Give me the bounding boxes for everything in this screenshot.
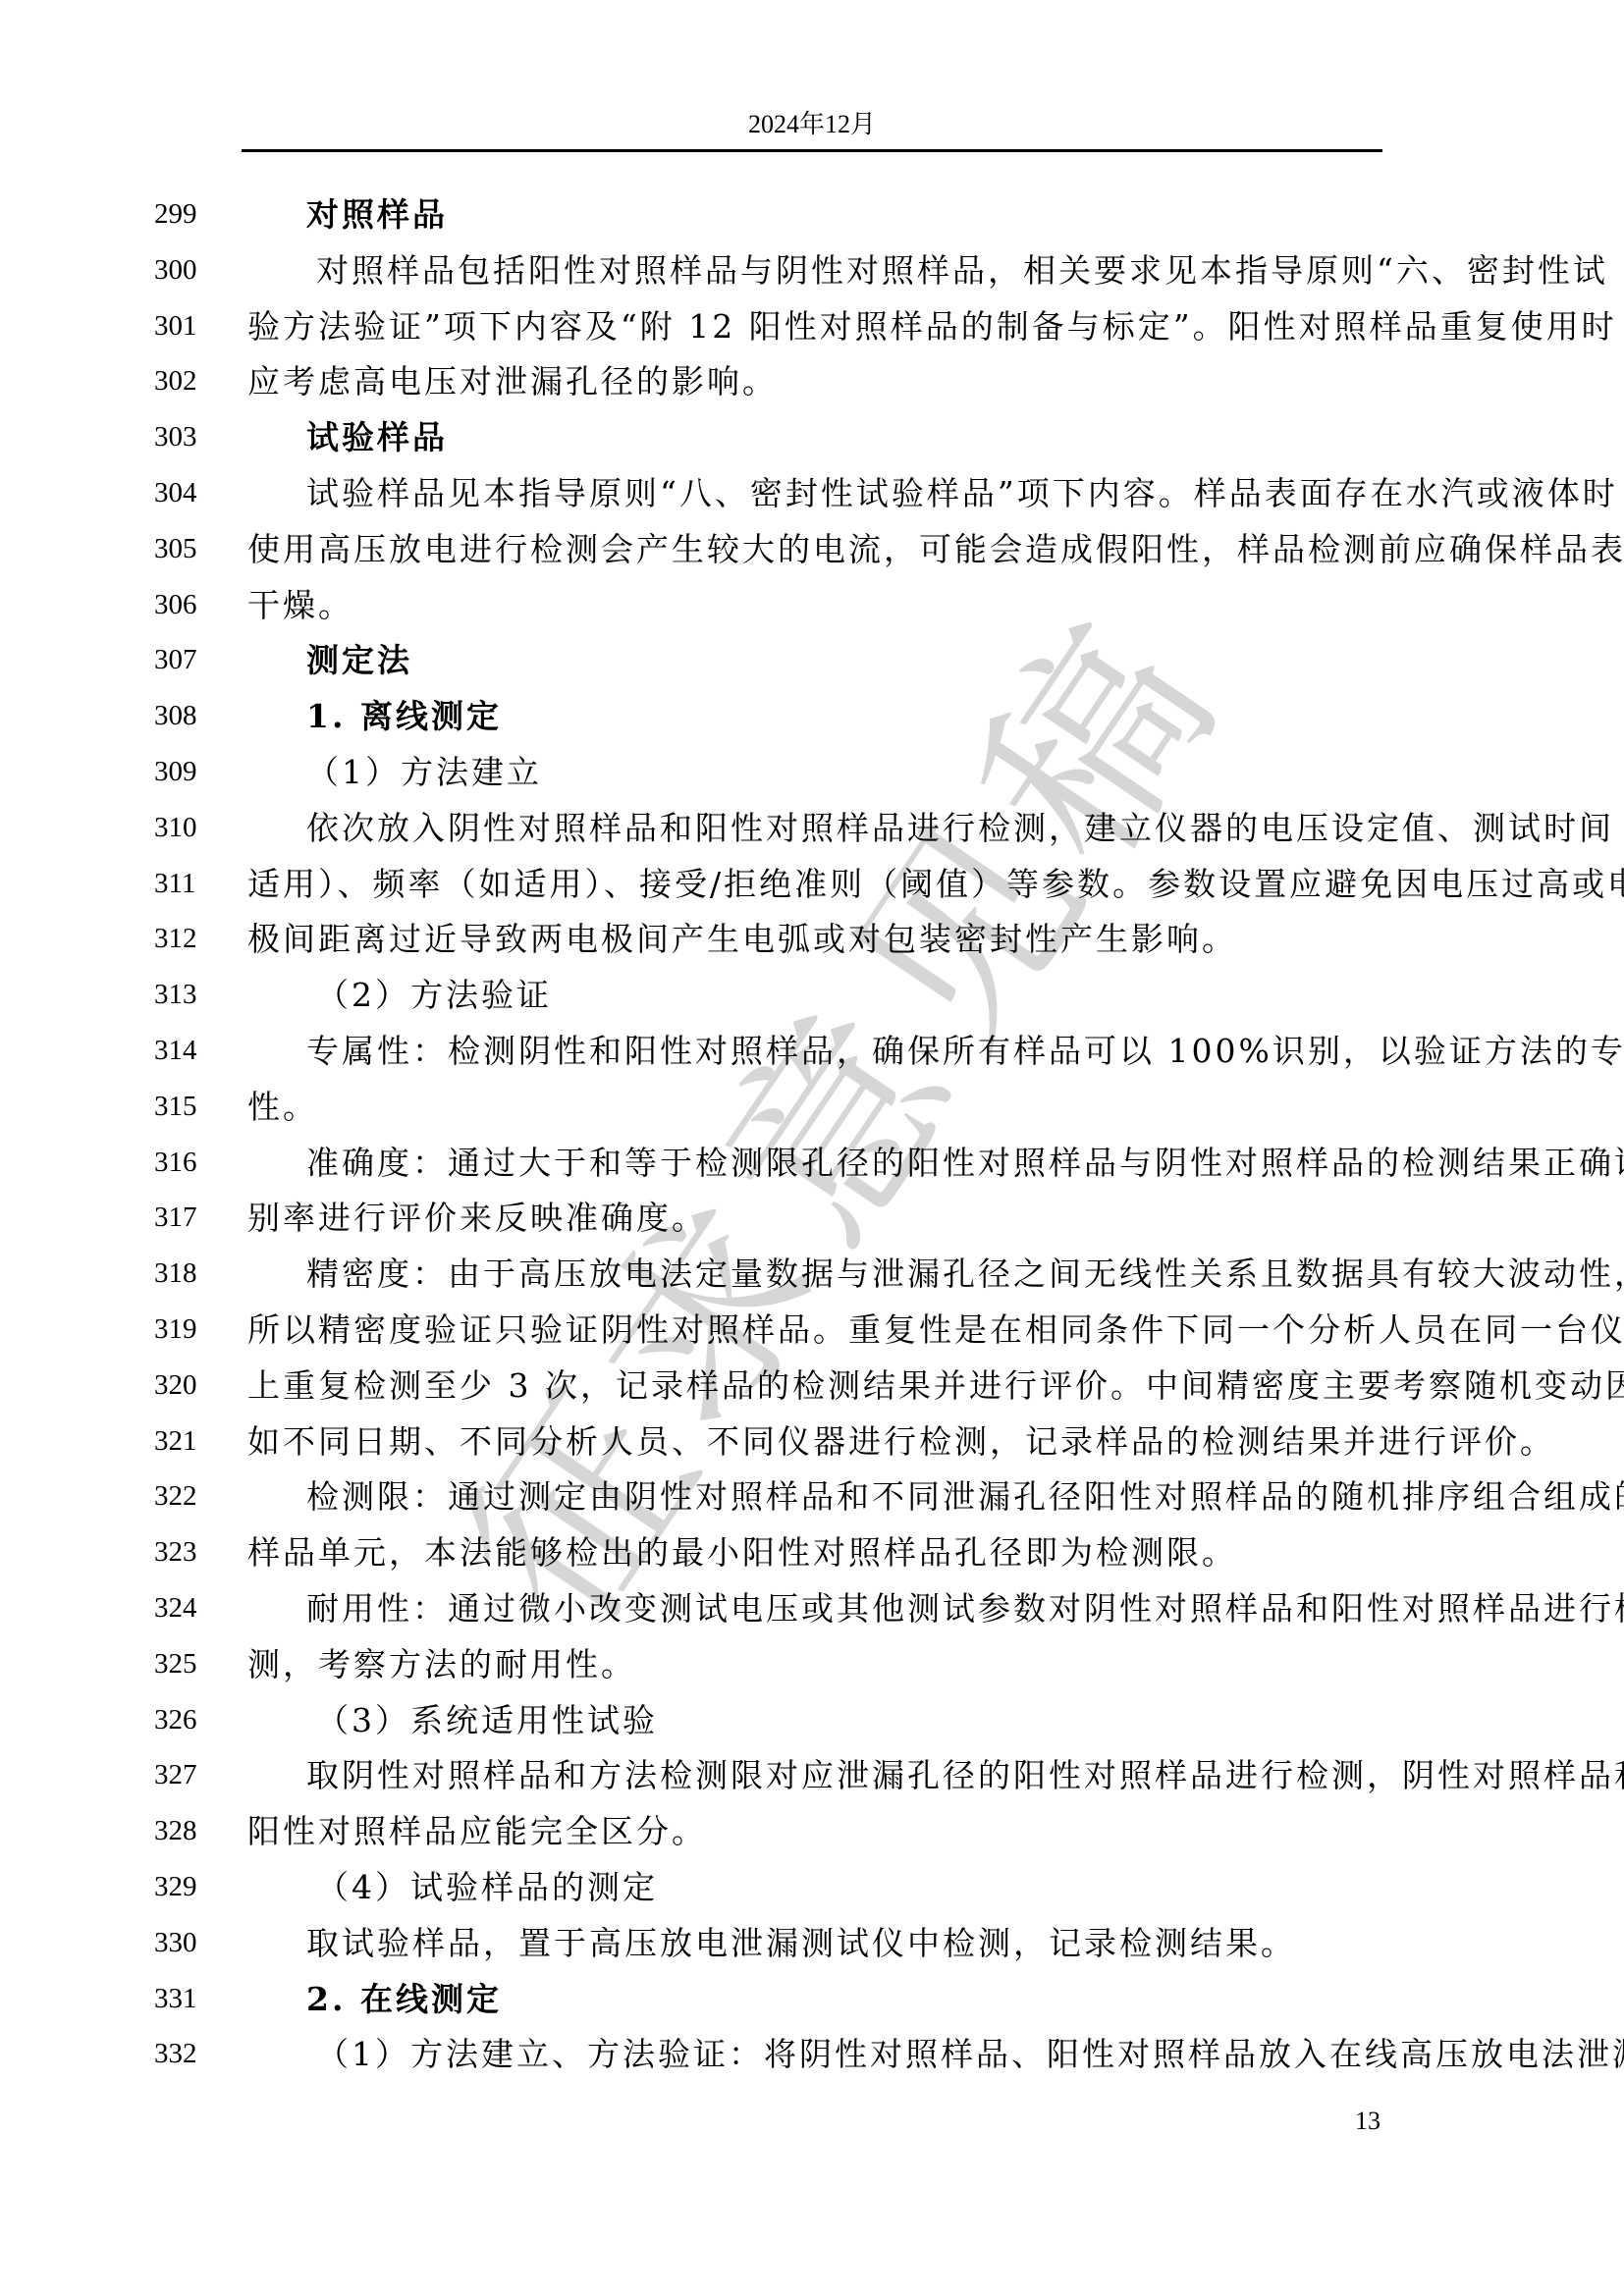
text-line: 306干燥。 (0, 577, 1624, 633)
line-number: 315 (154, 1079, 223, 1135)
text-line: 300对照样品包括阳性对照样品与阴性对照样品，相关要求见本指导原则“六、密封性试 (0, 242, 1624, 298)
section-heading: 测定法 (306, 632, 1382, 688)
text-line: 301验方法验证”项下内容及“附 12 阳性对照样品的制备与标定”。阳性对照样品… (0, 298, 1624, 354)
text-line: 326（3）系统适用性试验 (0, 1692, 1624, 1748)
text-line: 327取阴性对照样品和方法检测限对应泄漏孔径的阳性对照样品进行检测，阴性对照样品… (0, 1747, 1624, 1803)
line-text: 试验样品见本指导原则“八、密封性试验样品”项下内容。样品表面存在水汽或液体时 (306, 465, 1382, 521)
line-text: （1）方法建立 (306, 744, 1382, 800)
line-number: 324 (154, 1580, 223, 1636)
text-line: 323样品单元，本法能够检出的最小阳性对照样品孔径即为检测限。 (0, 1524, 1624, 1580)
line-number: 321 (154, 1414, 223, 1469)
text-line: 319所以精密度验证只验证阴性对照样品。重复性是在相同条件下同一个分析人员在同一… (0, 1302, 1624, 1358)
line-text: 极间距离过近导致两电极间产生电弧或对包装密封性产生影响。 (247, 911, 1382, 967)
line-number: 309 (154, 744, 223, 800)
text-line: 318精密度：由于高压放电法定量数据与泄漏孔径之间无线性关系且数据具有较大波动性… (0, 1246, 1624, 1302)
text-line: 332（1）方法建立、方法验证：将阴性对照样品、阳性对照样品放入在线高压放电法泄… (0, 2026, 1624, 2082)
line-text: 使用高压放电进行检测会产生较大的电流，可能会造成假阳性，样品检测前应确保样品表面 (247, 521, 1382, 577)
line-number: 322 (154, 1468, 223, 1524)
line-text: 取阴性对照样品和方法检测限对应泄漏孔径的阳性对照样品进行检测，阴性对照样品和 (306, 1747, 1382, 1803)
line-text: （1）方法建立、方法验证：将阴性对照样品、阳性对照样品放入在线高压放电法泄漏 (316, 2026, 1382, 2082)
line-text: 干燥。 (247, 577, 1382, 633)
text-line: 309（1）方法建立 (0, 744, 1624, 800)
header-rule (242, 149, 1382, 152)
section-heading: 对照样品 (306, 187, 1382, 242)
text-line: 316准确度：通过大于和等于检测限孔径的阳性对照样品与阴性对照样品的检测结果正确… (0, 1135, 1624, 1191)
text-line: 328阳性对照样品应能完全区分。 (0, 1803, 1624, 1859)
line-number: 323 (154, 1524, 223, 1580)
line-text: 所以精密度验证只验证阴性对照样品。重复性是在相同条件下同一个分析人员在同一台仪器 (247, 1302, 1382, 1358)
text-line: 311适用）、频率（如适用）、接受/拒绝准则（阈值）等参数。参数设置应避免因电压… (0, 856, 1624, 912)
line-number: 314 (154, 1023, 223, 1079)
text-line: 304试验样品见本指导原则“八、密封性试验样品”项下内容。样品表面存在水汽或液体… (0, 465, 1624, 521)
text-line: 329（4）试验样品的测定 (0, 1859, 1624, 1915)
text-line: 299对照样品 (0, 187, 1624, 242)
line-number: 325 (154, 1636, 223, 1692)
header-date: 2024年12月 (242, 108, 1382, 141)
line-text: （4）试验样品的测定 (316, 1859, 1382, 1915)
line-text: 性。 (247, 1079, 1382, 1135)
section-heading: 2. 在线测定 (306, 1971, 1382, 2027)
line-number: 302 (154, 353, 223, 409)
line-text: 样品单元，本法能够检出的最小阳性对照样品孔径即为检测限。 (247, 1524, 1382, 1580)
line-number: 330 (154, 1915, 223, 1971)
line-number: 303 (154, 409, 223, 465)
line-number: 329 (154, 1859, 223, 1915)
line-number: 311 (154, 856, 223, 912)
line-text: 上重复检测至少 3 次，记录样品的检测结果并进行评价。中间精密度主要考察随机变动… (247, 1358, 1382, 1414)
line-text: （2）方法验证 (316, 967, 1382, 1023)
line-number: 300 (154, 242, 223, 298)
line-number: 312 (154, 911, 223, 967)
line-text: （3）系统适用性试验 (316, 1692, 1382, 1748)
text-line: 325测，考察方法的耐用性。 (0, 1636, 1624, 1692)
line-text: 适用）、频率（如适用）、接受/拒绝准则（阈值）等参数。参数设置应避免因电压过高或… (247, 856, 1382, 912)
line-text: 精密度：由于高压放电法定量数据与泄漏孔径之间无线性关系且数据具有较大波动性， (306, 1246, 1382, 1302)
line-number: 320 (154, 1358, 223, 1414)
line-number: 316 (154, 1135, 223, 1191)
text-line: 307测定法 (0, 632, 1624, 688)
text-line: 321如不同日期、不同分析人员、不同仪器进行检测，记录样品的检测结果并进行评价。 (0, 1414, 1624, 1469)
line-number: 308 (154, 688, 223, 744)
text-line: 3081. 离线测定 (0, 688, 1624, 744)
line-text: 如不同日期、不同分析人员、不同仪器进行检测，记录样品的检测结果并进行评价。 (247, 1414, 1382, 1469)
line-number: 306 (154, 577, 223, 633)
line-number: 319 (154, 1302, 223, 1358)
text-line: 324耐用性：通过微小改变测试电压或其他测试参数对阴性对照样品和阳性对照样品进行… (0, 1580, 1624, 1636)
line-text: 检测限：通过测定由阴性对照样品和不同泄漏孔径阳性对照样品的随机排序组合组成的 (306, 1468, 1382, 1524)
line-number: 304 (154, 465, 223, 521)
line-text: 依次放入阴性对照样品和阳性对照样品进行检测，建立仪器的电压设定值、测试时间（如 (306, 800, 1382, 856)
section-heading: 试验样品 (306, 409, 1382, 465)
text-line: 302应考虑高电压对泄漏孔径的影响。 (0, 353, 1624, 409)
line-text: 取试验样品，置于高压放电泄漏测试仪中检测，记录检测结果。 (306, 1915, 1382, 1971)
text-line: 310依次放入阴性对照样品和阳性对照样品进行检测，建立仪器的电压设定值、测试时间… (0, 800, 1624, 856)
line-text: 别率进行评价来反映准确度。 (247, 1190, 1382, 1246)
line-number: 299 (154, 187, 223, 242)
text-line: 315性。 (0, 1079, 1624, 1135)
line-text: 测，考察方法的耐用性。 (247, 1636, 1382, 1692)
page-number: 13 (1355, 2106, 1384, 2137)
text-line: 317别率进行评价来反映准确度。 (0, 1190, 1624, 1246)
line-number: 318 (154, 1246, 223, 1302)
text-line: 312极间距离过近导致两电极间产生电弧或对包装密封性产生影响。 (0, 911, 1624, 967)
text-line: 322检测限：通过测定由阴性对照样品和不同泄漏孔径阳性对照样品的随机排序组合组成… (0, 1468, 1624, 1524)
line-text: 耐用性：通过微小改变测试电压或其他测试参数对阴性对照样品和阳性对照样品进行检 (306, 1580, 1382, 1636)
line-number: 327 (154, 1747, 223, 1803)
line-text: 应考虑高电压对泄漏孔径的影响。 (247, 353, 1382, 409)
line-text: 准确度：通过大于和等于检测限孔径的阳性对照样品与阴性对照样品的检测结果正确识 (306, 1135, 1382, 1191)
text-line: 314专属性：检测阴性和阳性对照样品，确保所有样品可以 100%识别，以验证方法… (0, 1023, 1624, 1079)
document-page: 2024年12月 征求意见稿 299对照样品300对照样品包括阳性对照样品与阴性… (0, 0, 1624, 2296)
text-line: 313（2）方法验证 (0, 967, 1624, 1023)
line-text: 阳性对照样品应能完全区分。 (247, 1803, 1382, 1859)
line-number: 313 (154, 967, 223, 1023)
text-line: 320上重复检测至少 3 次，记录样品的检测结果并进行评价。中间精密度主要考察随… (0, 1358, 1624, 1414)
text-line: 303试验样品 (0, 409, 1624, 465)
line-number: 307 (154, 632, 223, 688)
text-line: 305使用高压放电进行检测会产生较大的电流，可能会造成假阳性，样品检测前应确保样… (0, 521, 1624, 577)
line-number: 332 (154, 2026, 223, 2082)
line-text: 专属性：检测阴性和阳性对照样品，确保所有样品可以 100%识别，以验证方法的专属 (306, 1023, 1382, 1079)
text-line: 330取试验样品，置于高压放电泄漏测试仪中检测，记录检测结果。 (0, 1915, 1624, 1971)
line-text: 验方法验证”项下内容及“附 12 阳性对照样品的制备与标定”。阳性对照样品重复使… (247, 298, 1382, 354)
line-number: 310 (154, 800, 223, 856)
text-line: 3312. 在线测定 (0, 1971, 1624, 2027)
section-heading: 1. 离线测定 (306, 688, 1382, 744)
line-number: 331 (154, 1971, 223, 2027)
line-number: 326 (154, 1692, 223, 1748)
line-text: 对照样品包括阳性对照样品与阴性对照样品，相关要求见本指导原则“六、密封性试 (316, 242, 1382, 298)
line-number: 317 (154, 1190, 223, 1246)
line-number: 305 (154, 521, 223, 577)
line-number: 301 (154, 298, 223, 354)
line-number: 328 (154, 1803, 223, 1859)
